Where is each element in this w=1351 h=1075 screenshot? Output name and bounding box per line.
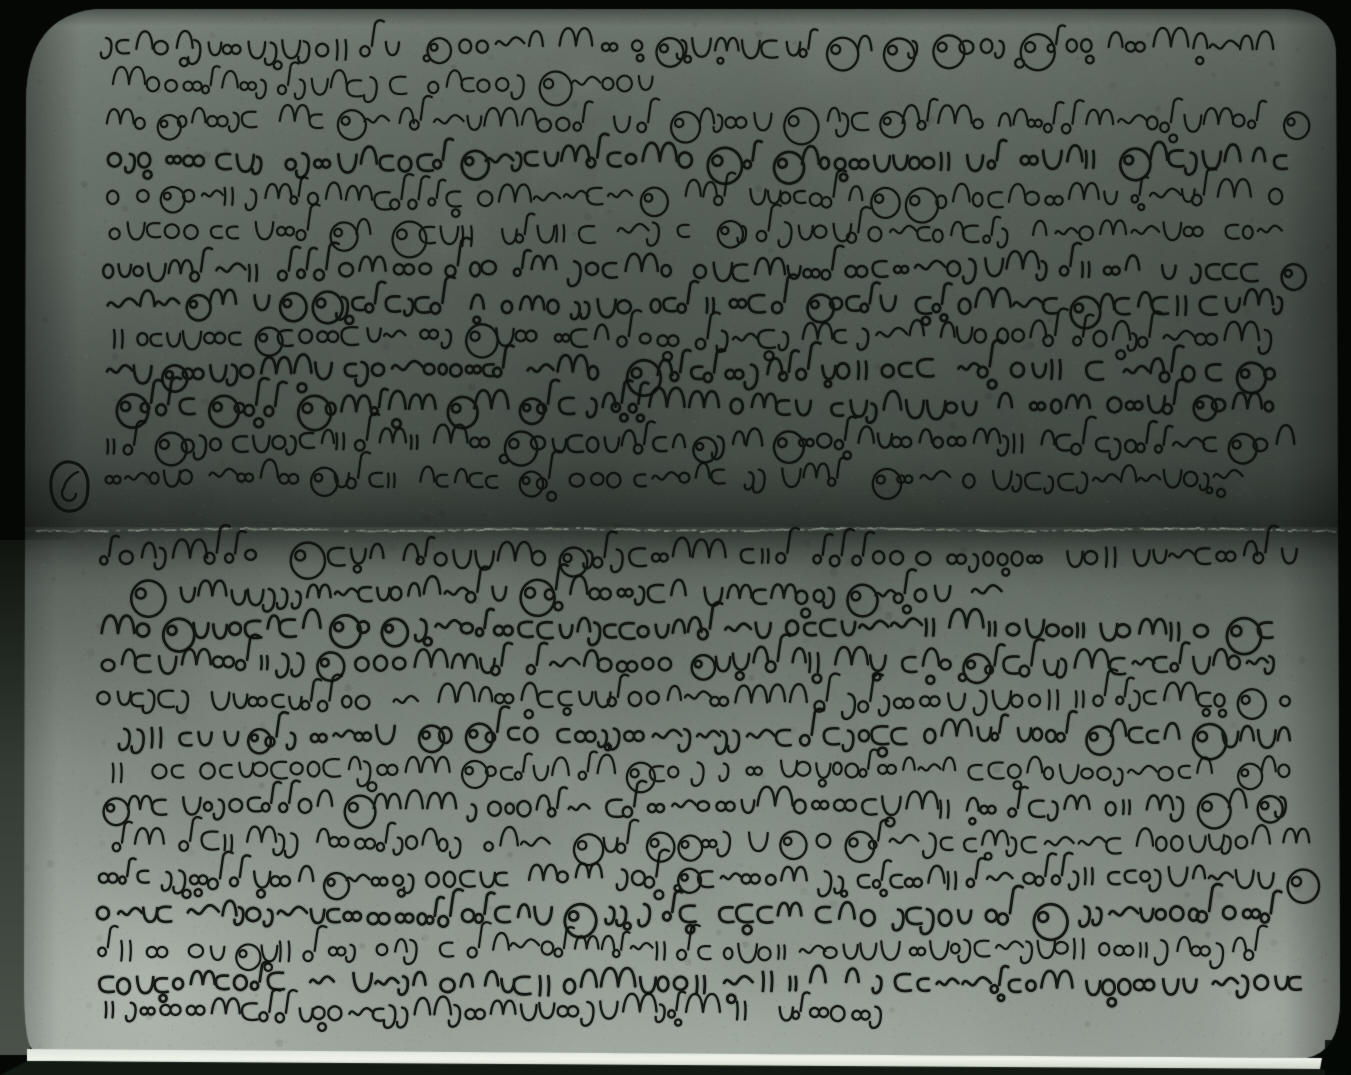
manuscript-photo <box>0 0 1351 1075</box>
paper-surface <box>0 0 1351 1075</box>
